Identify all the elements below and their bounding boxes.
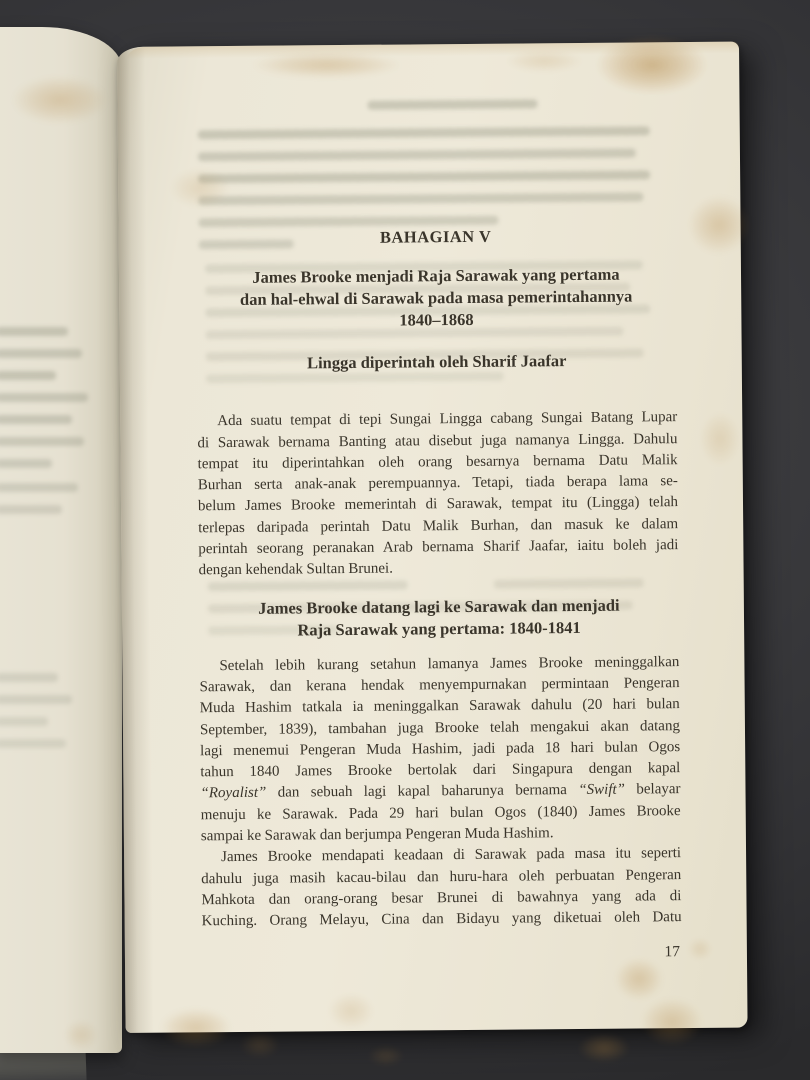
page-content: BAHAGIAN V James Brooke menjadi Raja Sar… xyxy=(194,42,682,966)
ghost-text-line xyxy=(0,349,82,358)
ship-name-italic: “Royalist” xyxy=(200,785,266,802)
ghost-text-line xyxy=(0,327,68,336)
chapter-title: James Brooke menjadi Raja Sarawak yang p… xyxy=(196,263,677,333)
stain xyxy=(12,76,108,124)
stain xyxy=(170,168,230,208)
stain xyxy=(615,958,663,1000)
stain xyxy=(688,196,750,254)
stain xyxy=(596,36,708,94)
stain xyxy=(700,412,740,466)
left-page-showthrough xyxy=(0,27,122,1053)
chapter-title-line: dan hal-ehwal di Sarawak pada masa pemer… xyxy=(196,285,676,311)
ghost-text-line xyxy=(0,393,88,402)
stain xyxy=(240,1032,280,1058)
ghost-text-line xyxy=(0,483,78,492)
stain xyxy=(578,1034,630,1062)
stain xyxy=(505,50,583,72)
ghost-text-line xyxy=(0,673,58,682)
section-heading: Lingga diperintah oleh Sharif Jaafar xyxy=(197,349,677,375)
book-photo: BAHAGIAN V James Brooke menjadi Raja Sar… xyxy=(0,0,810,1080)
stain xyxy=(368,1046,404,1066)
ghost-text-line xyxy=(0,437,84,446)
ship-name-italic: “Swift” xyxy=(578,782,625,798)
text-line: menuju ke Sarawak. Pada 29 hari bulan Og… xyxy=(201,801,681,826)
section-heading-line: James Brooke datang lagi ke Sarawak dan … xyxy=(199,594,679,620)
ghost-text-line xyxy=(0,695,72,704)
chapter-title-line: 1840–1868 xyxy=(196,307,676,333)
stain xyxy=(252,52,402,78)
chapter-heading: BAHAGIAN V xyxy=(196,224,676,249)
ghost-text-line xyxy=(0,505,62,514)
stain xyxy=(64,1020,98,1050)
paragraph: James Brooke mendapati keadaan di Sarawa… xyxy=(201,843,682,932)
stain xyxy=(688,938,712,960)
text-line: Kuching. Orang Melayu, Cina dan Bidayu y… xyxy=(202,907,682,932)
ghost-text-line xyxy=(0,459,52,468)
section-heading-line: Raja Sarawak yang pertama: 1840-1841 xyxy=(199,616,679,642)
stain xyxy=(641,998,703,1046)
left-page-edge xyxy=(0,27,122,1053)
page-number: 17 xyxy=(202,941,682,966)
ghost-text-line xyxy=(0,371,56,380)
paragraph: Ada suatu tempat di tepi Sungai Lingga c… xyxy=(197,407,678,582)
ghost-text-line xyxy=(0,717,48,726)
text-line: dengan kehendak Sultan Brunei. xyxy=(198,556,678,581)
ghost-text-line xyxy=(0,739,66,748)
ghost-text-line xyxy=(0,415,72,424)
stain xyxy=(328,993,374,1029)
section-heading: James Brooke datang lagi ke Sarawak dan … xyxy=(199,594,679,642)
stain xyxy=(160,1008,232,1048)
paragraph: Setelah lebih kurang setahun lamanya Jam… xyxy=(199,652,681,848)
